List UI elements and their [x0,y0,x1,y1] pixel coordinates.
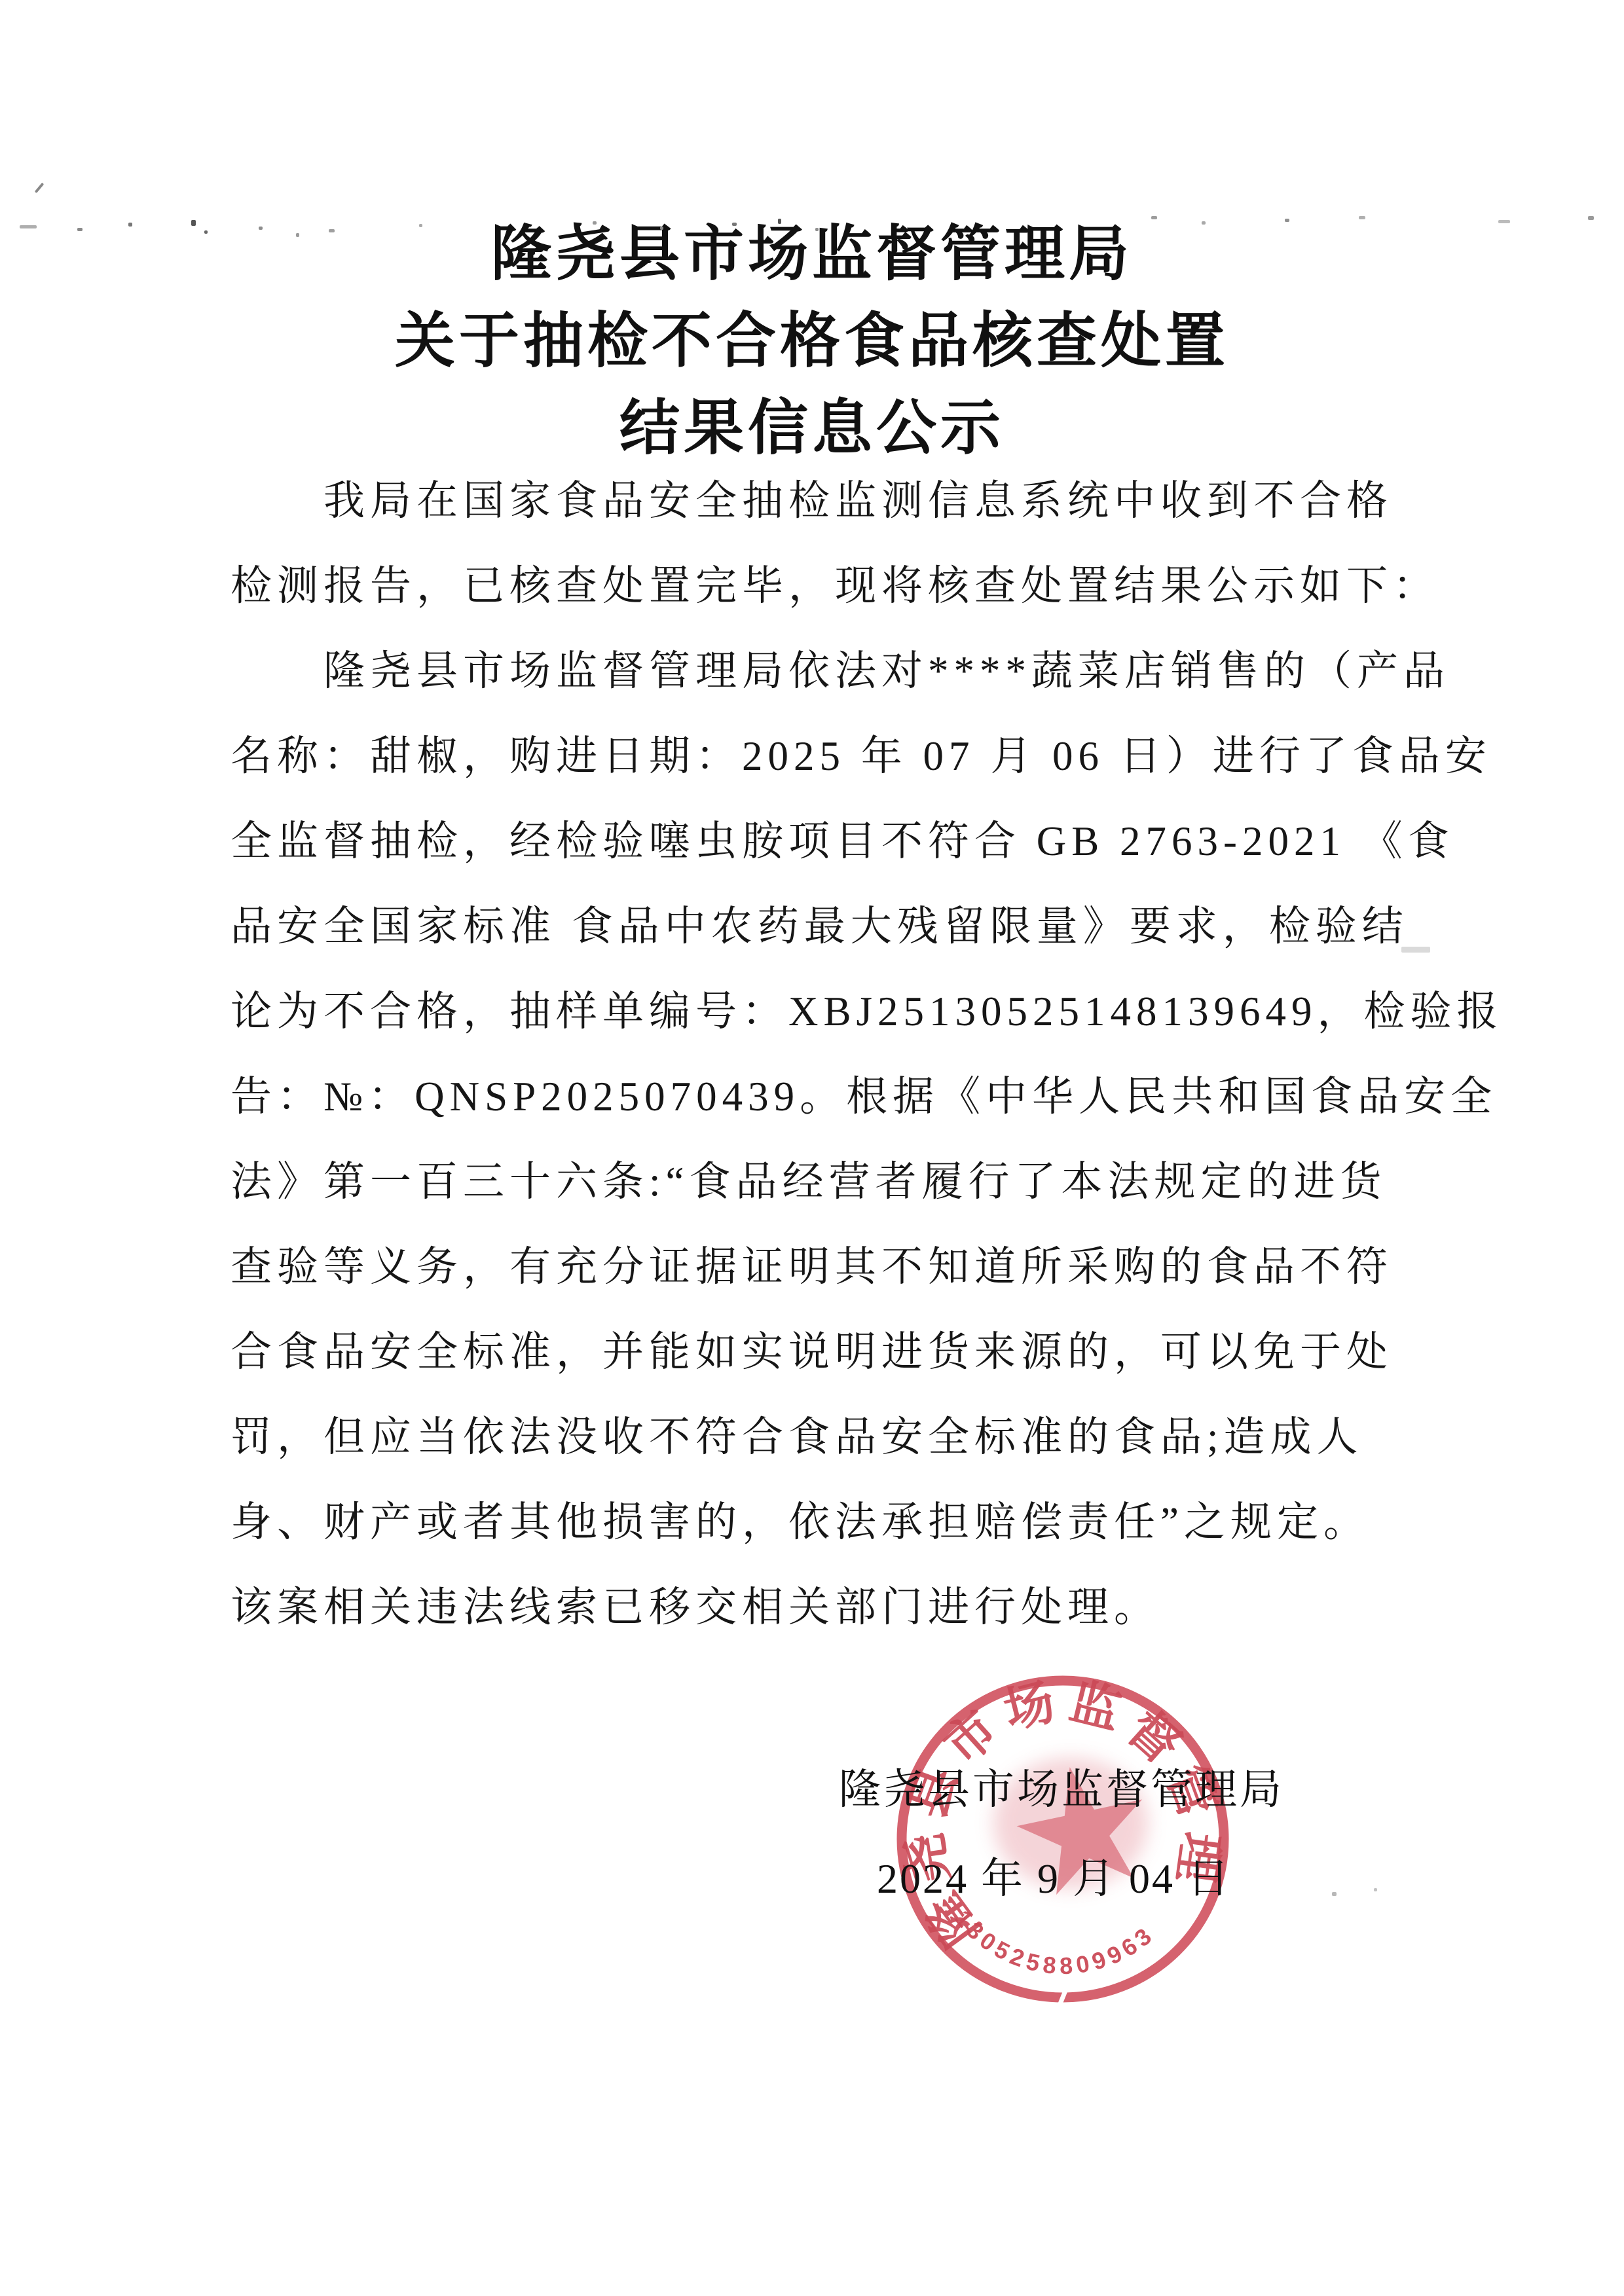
scan-speckle [329,229,335,232]
scan-speckle [778,219,781,224]
document-body: 我局在国家食品安全抽检监测信息系统中收到不合格检测报告，已核查处置完毕，现将核查… [231,458,1403,1650]
scan-speckle [1285,219,1289,222]
scan-speckle [593,221,597,225]
scan-speckle [1374,1888,1377,1891]
signature-org-name: 隆尧县市场监督管理局 [839,1756,1284,1816]
document-title: 隆尧县市场监督管理局 关于抽检不合格食品核查处置 结果信息公示 [0,211,1624,472]
scan-speckle [1202,221,1206,225]
scan-speckle [1588,216,1594,220]
body-text-line: 隆尧县市场监督管理局依法对****蔬菜店销售的（产品 [231,629,1403,714]
body-text-line: 罚，但应当依法没收不符合食品安全标准的食品;造成人 [231,1394,1403,1480]
scan-speckle [1359,216,1365,219]
scan-speckle [1151,216,1157,219]
body-text-line: 身、财产或者其他损害的，依法承担赔偿责任”之规定。 [231,1480,1403,1565]
body-text-line: 品安全国家标准 食品中农药最大残留限量》要求，检验结 [231,884,1403,969]
scan-speckle [35,183,45,193]
scan-speckle [419,224,422,227]
signature-date: 2024 年 9 月 04 日 [877,1845,1231,1905]
body-text-line: 我局在国家食品安全抽检监测信息系统中收到不合格 [231,458,1403,543]
scan-speckle [204,230,208,234]
scan-speckle [20,225,37,228]
scan-speckle [259,227,263,230]
body-text-line: 合食品安全标准，并能如实说明进货来源的，可以免于处 [231,1309,1403,1394]
scan-speckle [191,220,196,226]
title-line-1: 隆尧县市场监督管理局 [0,211,1624,298]
scan-speckle [815,228,819,231]
official-seal: 隆尧县市场监督管理局 1305258809963 [834,1610,1292,2068]
body-text-line: 检测报告，已核查处置完毕，现将核查处置结果公示如下： [231,543,1403,629]
scan-speckle [660,227,663,230]
title-line-2: 关于抽检不合格食品核查处置 [0,298,1624,385]
body-text-line: 告：№：QNSP2025070439。根据《中华人民共和国食品安全 [231,1054,1403,1139]
scan-speckle [1401,947,1430,953]
scan-speckle [77,228,83,231]
body-text-line: 全监督抽检，经检验噻虫胺项目不符合 GB 2763-2021 《食 [231,799,1403,884]
scan-speckle [732,223,737,226]
body-text-line: 名称：甜椒，购进日期：2025 年 07 月 06 日）进行了食品安 [231,714,1403,799]
scan-speckle [128,223,132,227]
scan-speckle [1498,220,1510,223]
scan-speckle [296,233,299,237]
body-text-line: 查验等义务，有充分证据证明其不知道所采购的食品不符 [231,1224,1403,1309]
scanned-document-page: 隆尧县市场监督管理局 关于抽检不合格食品核查处置 结果信息公示 我局在国家食品安… [0,0,1624,2296]
body-text-line: 法》第一百三十六条:“食品经营者履行了本法规定的进货 [231,1139,1403,1224]
body-text-line: 论为不合格，抽样单编号：XBJ25130525148139649，检验报 [231,969,1403,1054]
scan-speckle [1332,1892,1337,1896]
